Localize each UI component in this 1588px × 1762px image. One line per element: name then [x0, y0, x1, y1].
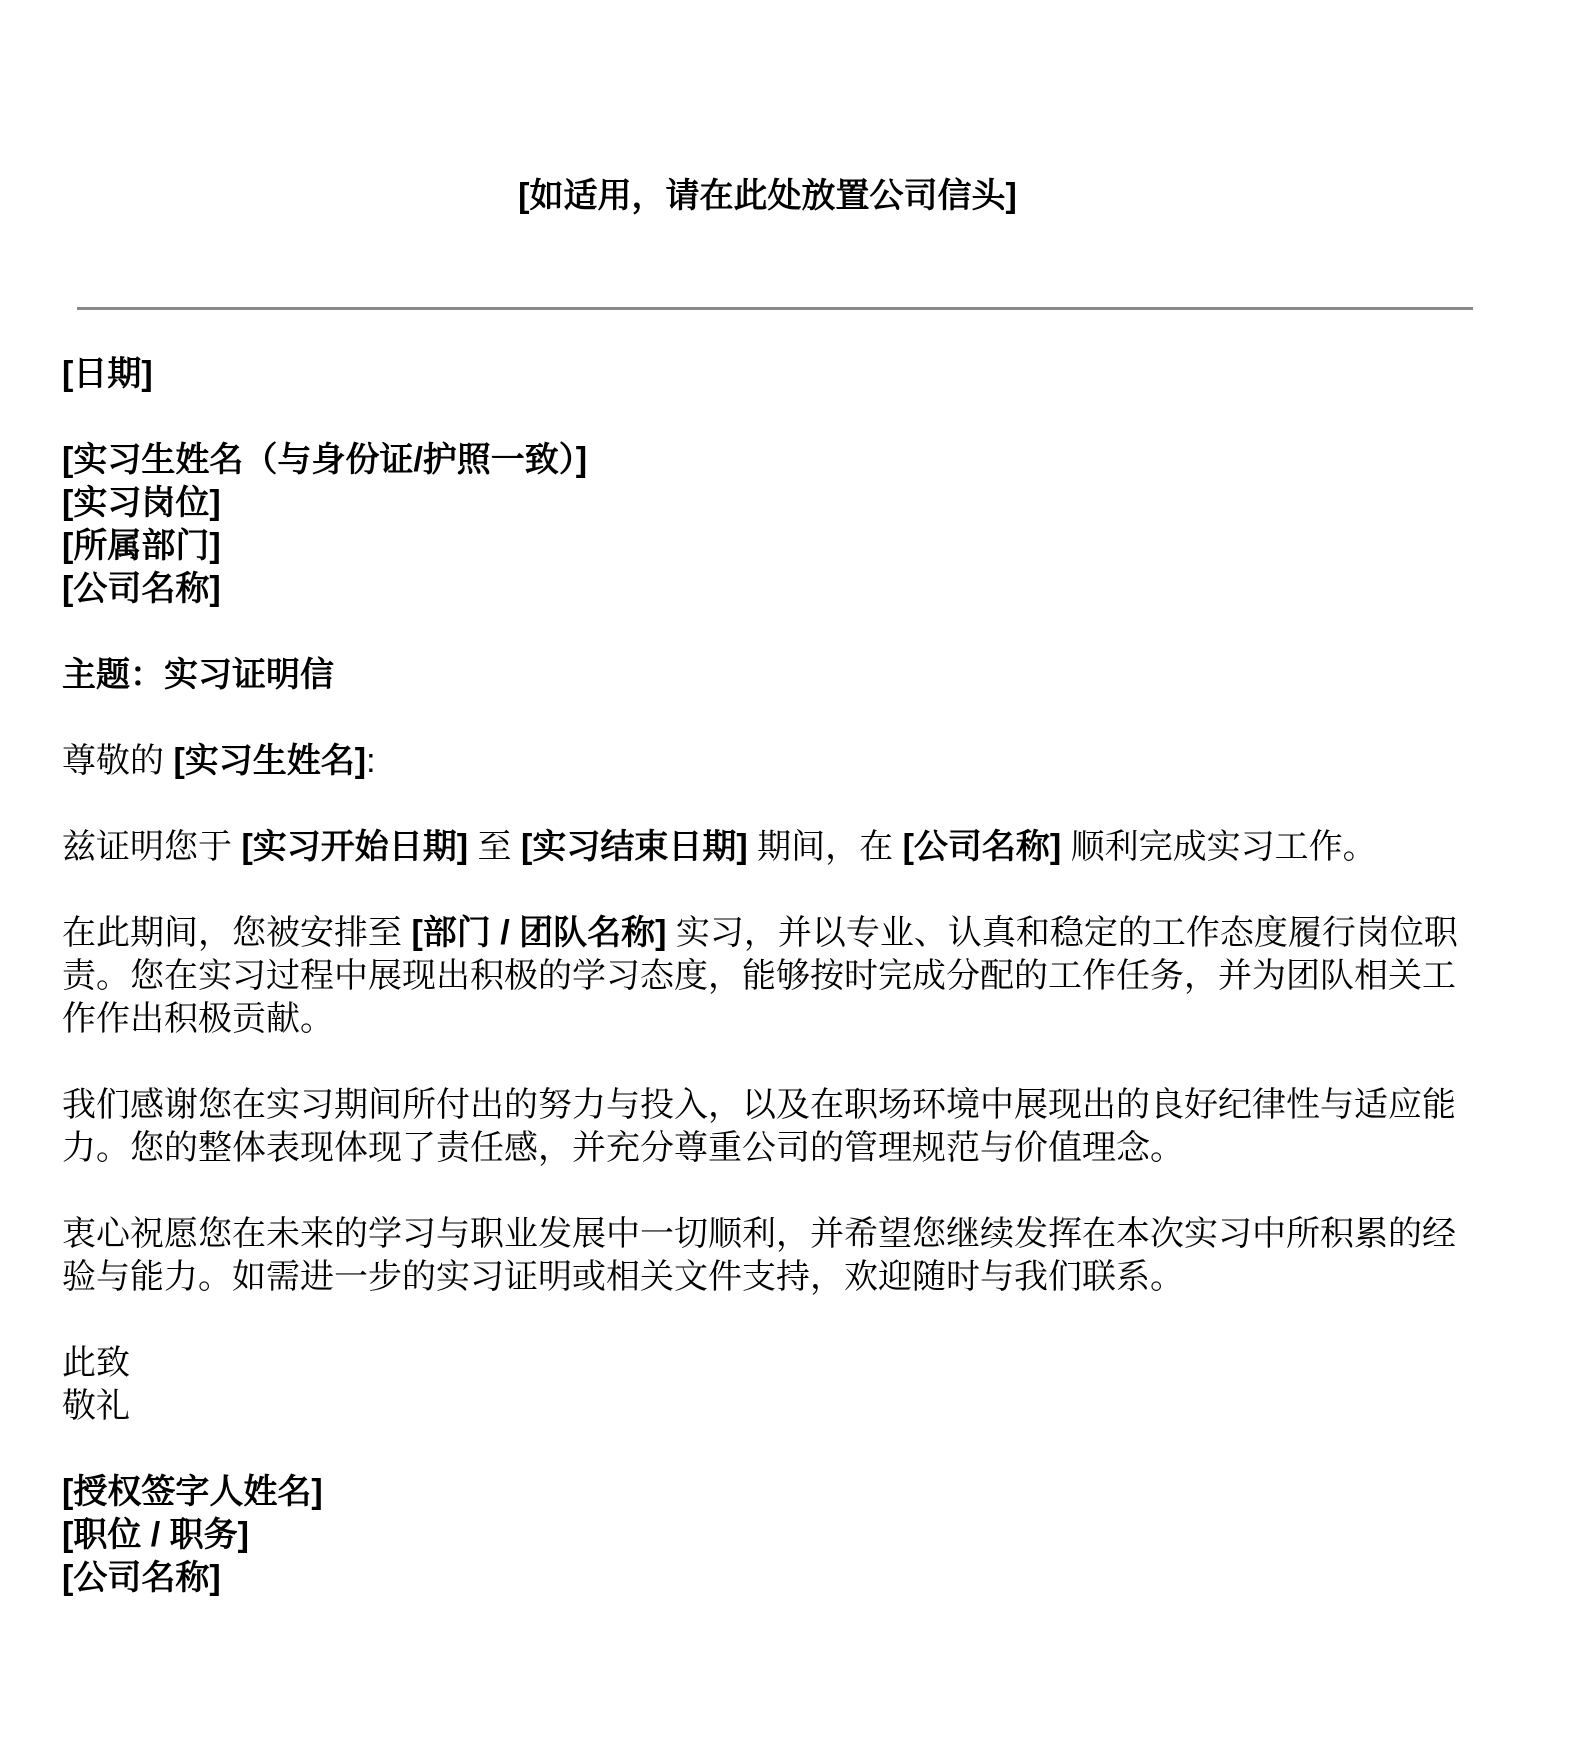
certification-text: 兹证明您于 [62, 828, 241, 866]
salutation-prefix: 尊敬的 [62, 742, 173, 780]
company-name-placeholder: [公司名称] [903, 828, 1062, 866]
salutation-suffix: : [366, 742, 375, 780]
start-date-placeholder: [实习开始日期] [241, 828, 468, 866]
divider [77, 307, 1473, 310]
closing: 此致 敬礼 [62, 1342, 1473, 1428]
certification-text: 至 [468, 828, 521, 866]
assignment-text: 在此期间，您被安排至 [62, 914, 411, 952]
end-date-placeholder: [实习结束日期] [521, 828, 748, 866]
letter-document: [如适用，请在此处放置公司信头] [日期] [实习生姓名（与身份证/护照一致）]… [0, 0, 1588, 1762]
closing-cizhi-line: 此致 [62, 1342, 1473, 1385]
salutation-name-placeholder: [实习生姓名] [173, 742, 366, 780]
closing-jingli-line: 敬礼 [62, 1385, 1473, 1428]
department-team-placeholder: [部门 / 团队名称] [411, 914, 666, 952]
letterhead-placeholder: [如适用，请在此处放置公司信头] [62, 175, 1473, 218]
recipient-block: [实习生姓名（与身份证/护照一致）] [实习岗位] [所属部门] [公司名称] [62, 439, 1473, 611]
paragraph-well-wishes: 衷心祝愿您在未来的学习与职业发展中一切顺利，并希望您继续发挥在本次实习中所积累的… [62, 1213, 1473, 1299]
signatory-company-line: [公司名称] [62, 1557, 1473, 1600]
signatory-title-line: [职位 / 职务] [62, 1514, 1473, 1557]
paragraph-appreciation: 我们感谢您在实习期间所付出的努力与投入，以及在职场环境中展现出的良好纪律性与适应… [62, 1084, 1473, 1170]
certification-text: 期间，在 [748, 828, 903, 866]
recipient-position-line: [实习岗位] [62, 482, 1473, 525]
recipient-department-line: [所属部门] [62, 525, 1473, 568]
subject-line: 主题：实习证明信 [62, 654, 1473, 697]
recipient-name-line: [实习生姓名（与身份证/护照一致）] [62, 439, 1473, 482]
paragraph-assignment: 在此期间，您被安排至 [部门 / 团队名称] 实习，并以专业、认真和稳定的工作态… [62, 912, 1473, 1041]
recipient-company-line: [公司名称] [62, 568, 1473, 611]
date-line: [日期] [62, 353, 1473, 396]
signatory-name-line: [授权签字人姓名] [62, 1471, 1473, 1514]
salutation: 尊敬的 [实习生姓名]: [62, 740, 1473, 783]
signature-block: [授权签字人姓名] [职位 / 职务] [公司名称] [62, 1471, 1473, 1600]
certification-text: 顺利完成实习工作。 [1061, 828, 1376, 866]
paragraph-certification: 兹证明您于 [实习开始日期] 至 [实习结束日期] 期间，在 [公司名称] 顺利… [62, 826, 1473, 869]
